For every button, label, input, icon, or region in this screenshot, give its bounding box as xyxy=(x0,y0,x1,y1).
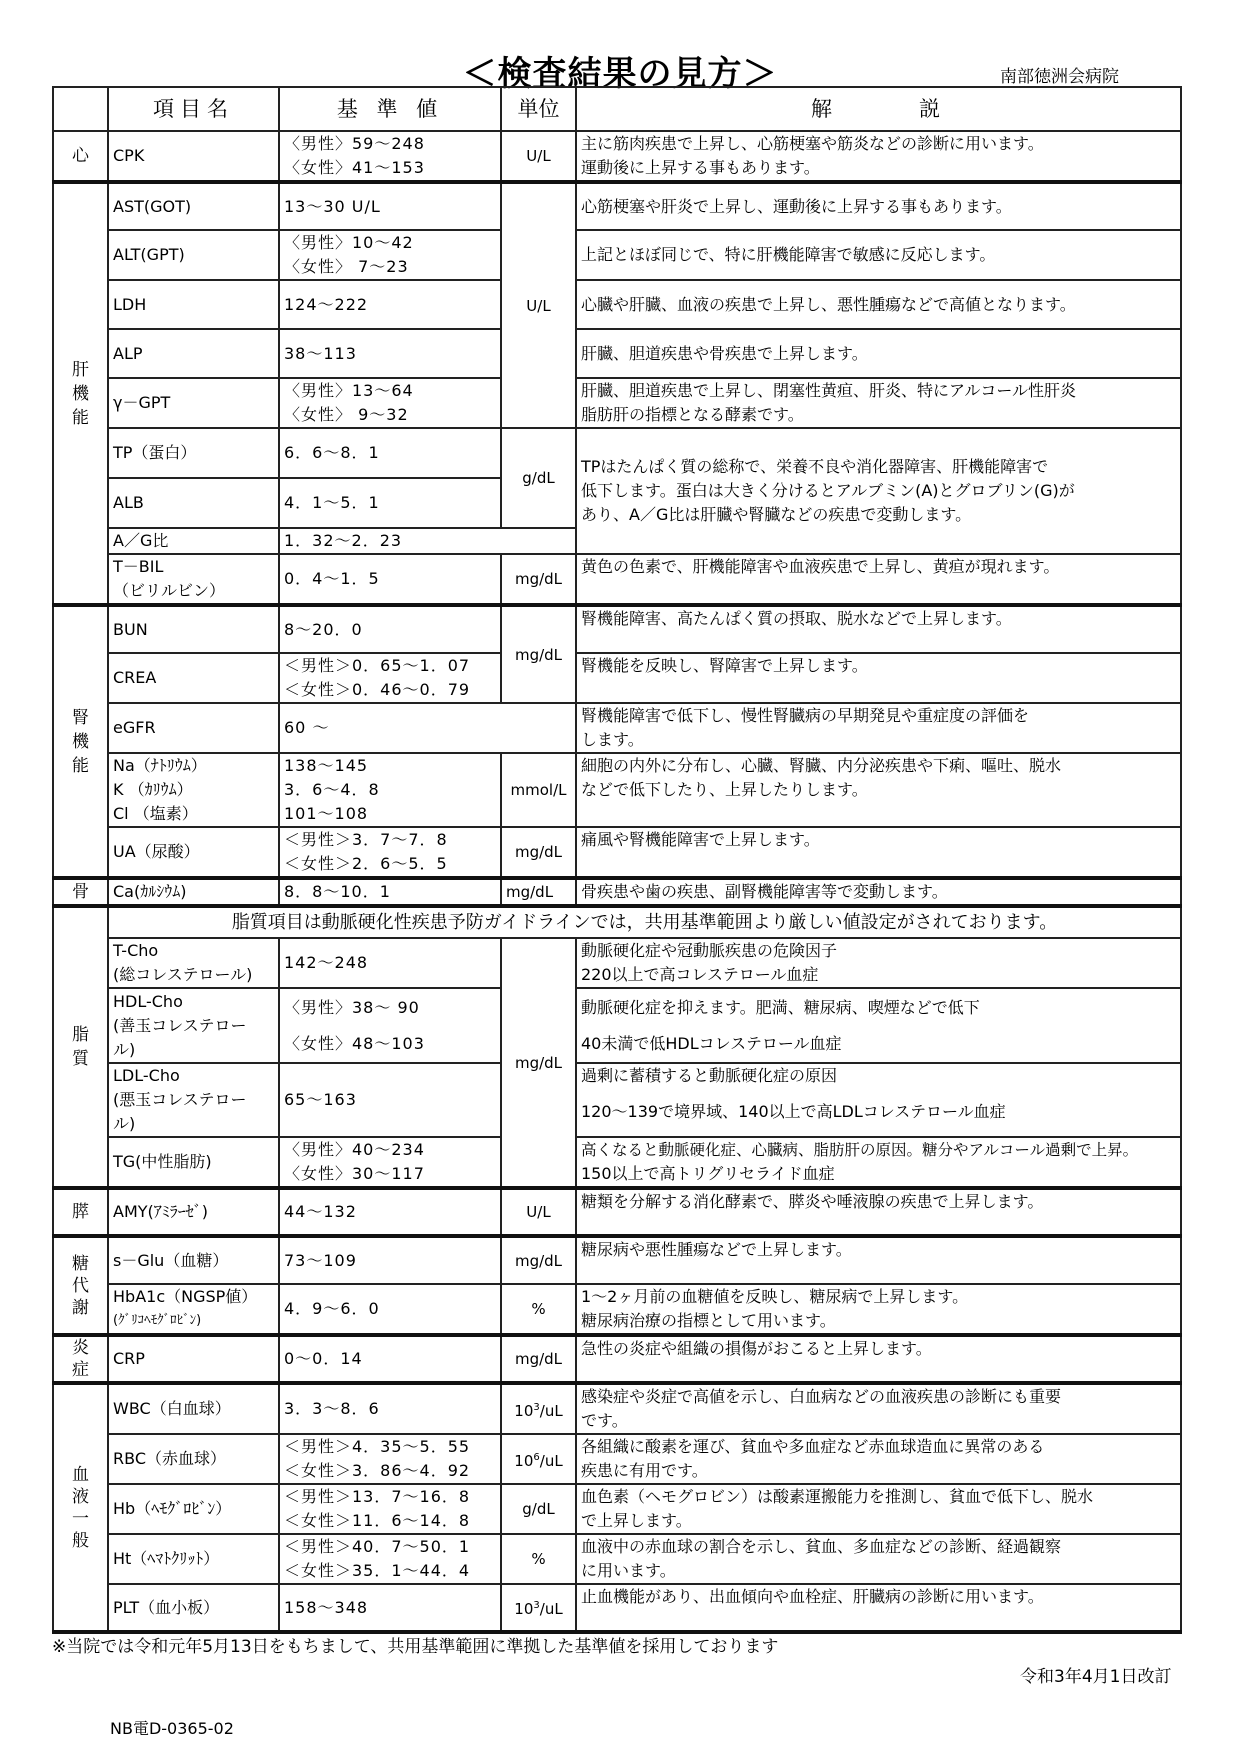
reference-value: 〈男性〉10～42〈女性〉 7～23 xyxy=(279,230,501,280)
explanation: 骨疾患や歯の疾患、副腎機能障害等で変動します。 xyxy=(576,878,1181,906)
item-name: ALB xyxy=(108,478,279,528)
reference-value: 0．4～1．5 xyxy=(279,554,501,605)
reference-value: 38～113 xyxy=(279,329,501,378)
lipid-notice: 脂質項目は動脈硬化性疾患予防ガイドラインでは，共用基準範囲より厳しい値設定がされ… xyxy=(108,906,1181,938)
unit: mg/dL xyxy=(501,878,576,906)
item-name: T－BIL（ビリルビン） xyxy=(108,554,279,605)
table-row: 骨 Ca(ｶﾙｼｳﾑ) 8．8～10．1 mg/dL 骨疾患や歯の疾患、副腎機能… xyxy=(53,878,1181,906)
item-name: UA（尿酸） xyxy=(108,827,279,878)
reference-value: 8～20．0 xyxy=(279,605,501,653)
explanation: 1～2ヶ月前の血糖値を反映し、糖尿病で上昇します。糖尿病治療の指標として用います… xyxy=(576,1284,1181,1335)
header-explanation: 解 説 xyxy=(576,87,1181,131)
explanation: 肝臓、胆道疾患で上昇し、閉塞性黄疸、肝炎、特にアルコール性肝炎脂肪肝の指標となる… xyxy=(576,378,1181,428)
explanation: TPはたんぱく質の総称で、栄養不良や消化器障害、肝機能障害で低下します。蛋白は大… xyxy=(576,428,1181,554)
table-row: Na（ﾅﾄﾘｳﾑ）K （ｶﾘｳﾑ）Cl （塩素） 138～1453．6～4．81… xyxy=(53,753,1181,827)
unit: mmol/L xyxy=(501,753,576,827)
item-name: RBC（赤血球） xyxy=(108,1434,279,1484)
reference-value: 65～163 xyxy=(279,1063,501,1137)
explanation: 糖類を分解する消化酵素で、膵炎や唾液腺の疾患で上昇します。 xyxy=(576,1188,1181,1236)
reference-value: ＜男性＞3．7～7．8＜女性＞2．6～5．5 xyxy=(279,827,501,878)
table-row: CREA ＜男性＞0．65～1．07＜女性＞0．46～0．79 腎機能を反映し、… xyxy=(53,653,1181,703)
table-row: 炎症 CRP 0～0．14 mg/dL 急性の炎症や組織の損傷がおこると上昇しま… xyxy=(53,1335,1181,1383)
reference-value: 0～0．14 xyxy=(279,1335,501,1383)
table-row: eGFR 60 ～ 腎機能障害で低下し、慢性腎臓病の早期発見や重症度の評価をしま… xyxy=(53,703,1181,753)
header-value: 基 準 値 xyxy=(279,87,501,131)
item-name: LDH xyxy=(108,280,279,329)
unit: % xyxy=(501,1284,576,1335)
table-row: HDL-Cho(善玉コレステロール) 〈男性〉38～ 90〈女性〉48～103 … xyxy=(53,988,1181,1063)
reference-value: 〈男性〉13～64〈女性〉 9～32 xyxy=(279,378,501,428)
unit: g/dL xyxy=(501,1484,576,1534)
unit: mg/dL xyxy=(501,1335,576,1383)
table-row: UA（尿酸） ＜男性＞3．7～7．8＜女性＞2．6～5．5 mg/dL 痛風や腎… xyxy=(53,827,1181,878)
unit: % xyxy=(501,1534,576,1584)
unit: 103/uL xyxy=(501,1383,576,1434)
reference-value: 4．1～5．1 xyxy=(279,478,501,528)
unit: mg/dL xyxy=(501,1236,576,1284)
reference-value: 158～348 xyxy=(279,1584,501,1632)
reference-value: ＜男性＞4．35～5．55＜女性＞3．86～4．92 xyxy=(279,1434,501,1484)
table-row: Ht（ﾍﾏﾄｸﾘｯﾄ） ＜男性＞40．7～50．1＜女性＞35．1～44．4 %… xyxy=(53,1534,1181,1584)
category-sugar: 糖代謝 xyxy=(53,1236,108,1335)
unit: U/L xyxy=(501,131,576,182)
explanation: 血色素（ヘモグロビン）は酸素運搬能力を推測し、貧血で低下し、脱水で上昇します。 xyxy=(576,1484,1181,1534)
item-name: TP（蛋白） xyxy=(108,428,279,478)
item-name: CPK xyxy=(108,131,279,182)
explanation: 腎機能障害、高たんぱく質の摂取、脱水などで上昇します。 xyxy=(576,605,1181,653)
table-row: 脂質 脂質項目は動脈硬化性疾患予防ガイドラインでは，共用基準範囲より厳しい値設定… xyxy=(53,906,1181,938)
reference-value: 60 ～ xyxy=(279,703,576,753)
table-row: TP（蛋白） 6．6～8．1 g/dL TPはたんぱく質の総称で、栄養不良や消化… xyxy=(53,428,1181,478)
item-name: PLT（血小板） xyxy=(108,1584,279,1632)
item-name: CRP xyxy=(108,1335,279,1383)
item-name: Hb（ﾍﾓｸﾞﾛﾋﾞﾝ） xyxy=(108,1484,279,1534)
explanation: 血液中の赤血球の割合を示し、貧血、多血症などの診断、経過観察に用います。 xyxy=(576,1534,1181,1584)
category-kidney: 腎機能 xyxy=(53,605,108,878)
explanation: 心臓や肝臓、血液の疾患で上昇し、悪性腫瘍などで高値となります。 xyxy=(576,280,1181,329)
reference-value: 〈男性〉59～248〈女性〉41～153 xyxy=(279,131,501,182)
category-inflammation: 炎症 xyxy=(53,1335,108,1383)
explanation: 各組織に酸素を運び、貧血や多血症など赤血球造血に異常のある疾患に有用です。 xyxy=(576,1434,1181,1484)
explanation: 感染症や炎症で高値を示し、白血病などの血液疾患の診断にも重要です。 xyxy=(576,1383,1181,1434)
unit: mg/dL xyxy=(501,554,576,605)
reference-table: 項目名 基 準 値 単位 解 説 心 CPK 〈男性〉59～248〈女性〉41～… xyxy=(52,86,1182,1634)
item-name: WBC（白血球） xyxy=(108,1383,279,1434)
item-name: HbA1c（NGSP値）(ｸﾞﾘｺﾍﾓｸﾞﾛﾋﾞﾝ) xyxy=(108,1284,279,1335)
explanation: 細胞の内外に分布し、心臓、腎臓、内分泌疾患や下痢、嘔吐、脱水などで低下したり、上… xyxy=(576,753,1181,827)
explanation: 上記とほぼ同じで、特に肝機能障害で敏感に反応します。 xyxy=(576,230,1181,280)
unit: g/dL xyxy=(501,428,576,528)
header-category xyxy=(53,87,108,131)
explanation: 心筋梗塞や肝炎で上昇し、運動後に上昇する事もあります。 xyxy=(576,182,1181,230)
item-name: BUN xyxy=(108,605,279,653)
unit: mg/dL xyxy=(501,938,576,1188)
reference-value: 124～222 xyxy=(279,280,501,329)
item-name: T-Cho(総コレステロール) xyxy=(108,938,279,988)
item-name: HDL-Cho(善玉コレステロール) xyxy=(108,988,279,1063)
explanation: 過剰に蓄積すると動脈硬化症の原因120～139で境界域、140以上で高LDLコレ… xyxy=(576,1063,1181,1137)
table-header: 項目名 基 準 値 単位 解 説 xyxy=(53,87,1181,131)
table-row: TG(中性脂肪) 〈男性〉40～234〈女性〉30～117 高くなると動脈硬化症… xyxy=(53,1137,1181,1188)
table-row: ALT(GPT) 〈男性〉10～42〈女性〉 7～23 上記とほぼ同じで、特に肝… xyxy=(53,230,1181,280)
category-liver: 肝機能 xyxy=(53,182,108,605)
explanation: 肝臓、胆道疾患や骨疾患で上昇します。 xyxy=(576,329,1181,378)
table-row: 膵 AMY(ｱﾐﾗｰｾﾞ) 44～132 U/L 糖類を分解する消化酵素で、膵炎… xyxy=(53,1188,1181,1236)
reference-value: 44～132 xyxy=(279,1188,501,1236)
explanation: 高くなると動脈硬化症、心臓病、脂肪肝の原因。糖分やアルコール過剰で上昇。150以… xyxy=(576,1137,1181,1188)
explanation: 痛風や腎機能障害で上昇します。 xyxy=(576,827,1181,878)
category-blood: 血液一般 xyxy=(53,1383,108,1632)
reference-value: ＜男性＞0．65～1．07＜女性＞0．46～0．79 xyxy=(279,653,501,703)
table-row: HbA1c（NGSP値）(ｸﾞﾘｺﾍﾓｸﾞﾛﾋﾞﾝ) 4．9～6．0 % 1～2… xyxy=(53,1284,1181,1335)
unit: mg/dL xyxy=(501,827,576,878)
reference-value: 6．6～8．1 xyxy=(279,428,501,478)
reference-value: 〈男性〉38～ 90〈女性〉48～103 xyxy=(279,988,501,1063)
header-item: 項目名 xyxy=(108,87,279,131)
reference-value: 4．9～6．0 xyxy=(279,1284,501,1335)
explanation: 腎機能障害で低下し、慢性腎臓病の早期発見や重症度の評価をします。 xyxy=(576,703,1181,753)
table-row: γ－GPT 〈男性〉13～64〈女性〉 9～32 肝臓、胆道疾患で上昇し、閉塞性… xyxy=(53,378,1181,428)
table-row: Hb（ﾍﾓｸﾞﾛﾋﾞﾝ） ＜男性＞13．7～16．8＜女性＞11．6～14．8 … xyxy=(53,1484,1181,1534)
item-name: eGFR xyxy=(108,703,279,753)
table-row: 心 CPK 〈男性〉59～248〈女性〉41～153 U/L 主に筋肉疾患で上昇… xyxy=(53,131,1181,182)
table-row: PLT（血小板） 158～348 103/uL 止血機能があり、出血傾向や血栓症… xyxy=(53,1584,1181,1632)
reference-value: 1．32～2．23 xyxy=(279,528,576,554)
category-heart: 心 xyxy=(53,131,108,182)
item-name: Ht（ﾍﾏﾄｸﾘｯﾄ） xyxy=(108,1534,279,1584)
explanation: 止血機能があり、出血傾向や血栓症、肝臓病の診断に用います。 xyxy=(576,1584,1181,1632)
explanation: 動脈硬化症や冠動脈疾患の危険因子220以上で高コレステロール血症 xyxy=(576,938,1181,988)
reference-value: ＜男性＞40．7～50．1＜女性＞35．1～44．4 xyxy=(279,1534,501,1584)
table-row: LDH 124～222 心臓や肝臓、血液の疾患で上昇し、悪性腫瘍などで高値となり… xyxy=(53,280,1181,329)
item-name: Na（ﾅﾄﾘｳﾑ）K （ｶﾘｳﾑ）Cl （塩素） xyxy=(108,753,279,827)
footnote: ※当院では令和元年5月13日をもちまして、共用基準範囲に準拠した基準値を採用して… xyxy=(52,1632,778,1657)
document-id: NB電D-0365-02 xyxy=(110,1716,234,1739)
item-name: ALP xyxy=(108,329,279,378)
table-row: 血液一般 WBC（白血球） 3．3～8．6 103/uL 感染症や炎症で高値を示… xyxy=(53,1383,1181,1434)
table-row: 肝機能 AST(GOT) 13～30 U/L U/L 心筋梗塞や肝炎で上昇し、運… xyxy=(53,182,1181,230)
table-row: 糖代謝 s－Glu（血糖） 73～109 mg/dL 糖尿病や悪性腫瘍などで上昇… xyxy=(53,1236,1181,1284)
explanation: 急性の炎症や組織の損傷がおこると上昇します。 xyxy=(576,1335,1181,1383)
reference-value: 〈男性〉40～234〈女性〉30～117 xyxy=(279,1137,501,1188)
item-name: γ－GPT xyxy=(108,378,279,428)
revision-date: 令和3年4月1日改訂 xyxy=(1020,1662,1171,1687)
table-row: T－BIL（ビリルビン） 0．4～1．5 mg/dL 黄色の色素で、肝機能障害や… xyxy=(53,554,1181,605)
table-row: ALP 38～113 肝臓、胆道疾患や骨疾患で上昇します。 xyxy=(53,329,1181,378)
item-name: Ca(ｶﾙｼｳﾑ) xyxy=(108,878,279,906)
item-name: TG(中性脂肪) xyxy=(108,1137,279,1188)
category-bone: 骨 xyxy=(53,878,108,906)
reference-value: 73～109 xyxy=(279,1236,501,1284)
unit: U/L xyxy=(501,182,576,428)
reference-value: 3．3～8．6 xyxy=(279,1383,501,1434)
item-name: ALT(GPT) xyxy=(108,230,279,280)
table-row: T-Cho(総コレステロール) 142～248 mg/dL 動脈硬化症や冠動脈疾… xyxy=(53,938,1181,988)
item-name: s－Glu（血糖） xyxy=(108,1236,279,1284)
explanation: 腎機能を反映し、腎障害で上昇します。 xyxy=(576,653,1181,703)
category-lipid: 脂質 xyxy=(53,906,108,1188)
explanation: 動脈硬化症を抑えます。肥満、糖尿病、喫煙などで低下40未満で低HDLコレステロー… xyxy=(576,988,1181,1063)
reference-value: 13～30 U/L xyxy=(279,182,501,230)
table-row: RBC（赤血球） ＜男性＞4．35～5．55＜女性＞3．86～4．92 106/… xyxy=(53,1434,1181,1484)
explanation: 黄色の色素で、肝機能障害や血液疾患で上昇し、黄疸が現れます。 xyxy=(576,554,1181,605)
reference-value: ＜男性＞13．7～16．8＜女性＞11．6～14．8 xyxy=(279,1484,501,1534)
unit: mg/dL xyxy=(501,605,576,703)
hospital-name: 南部徳洲会病院 xyxy=(1000,62,1119,87)
category-pancreas: 膵 xyxy=(53,1188,108,1236)
reference-value: 8．8～10．1 xyxy=(279,878,501,906)
table-row: LDL-Cho(悪玉コレステロール) 65～163 過剰に蓄積すると動脈硬化症の… xyxy=(53,1063,1181,1137)
unit: 103/uL xyxy=(501,1584,576,1632)
reference-value: 142～248 xyxy=(279,938,501,988)
unit: U/L xyxy=(501,1188,576,1236)
reference-value: 138～1453．6～4．8101～108 xyxy=(279,753,501,827)
explanation: 糖尿病や悪性腫瘍などで上昇します。 xyxy=(576,1236,1181,1284)
item-name: AMY(ｱﾐﾗｰｾﾞ) xyxy=(108,1188,279,1236)
table-row: 腎機能 BUN 8～20．0 mg/dL 腎機能障害、高たんぱく質の摂取、脱水な… xyxy=(53,605,1181,653)
item-name: LDL-Cho(悪玉コレステロール) xyxy=(108,1063,279,1137)
header-unit: 単位 xyxy=(501,87,576,131)
item-name: AST(GOT) xyxy=(108,182,279,230)
item-name: A／G比 xyxy=(108,528,279,554)
explanation: 主に筋肉疾患で上昇し、心筋梗塞や筋炎などの診断に用います。運動後に上昇する事もあ… xyxy=(576,131,1181,182)
unit: 106/uL xyxy=(501,1434,576,1484)
item-name: CREA xyxy=(108,653,279,703)
